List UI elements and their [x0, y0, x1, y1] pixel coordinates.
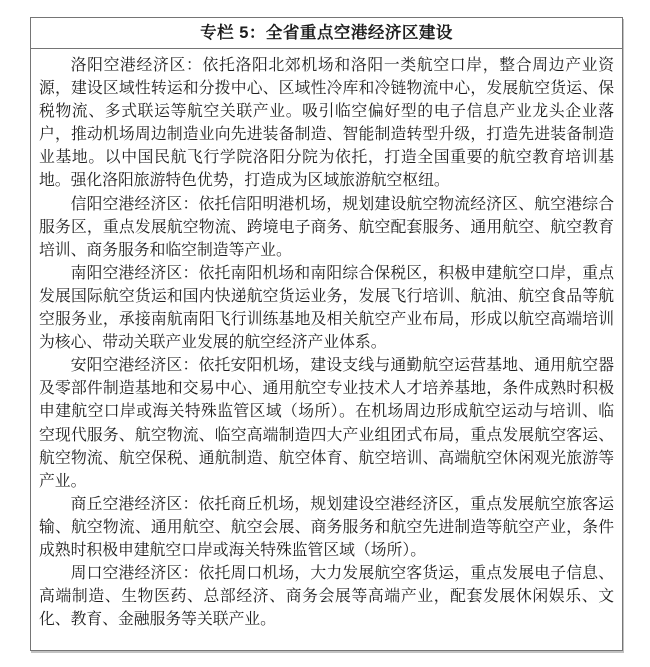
- paragraph-nanyang-airport-zone: 南阳空港经济区：依托南阳机场和南阳综合保税区，积极申建航空口岸，重点发展国际航空…: [39, 262, 614, 354]
- paragraph-shangqiu-airport-zone: 商丘空港经济区：依托商丘机场，规划建设空港经济区，重点发展航空旅客运输、航空物流…: [39, 493, 614, 562]
- paragraph-zhoukou-airport-zone: 周口空港经济区：依托周口机场，大力发展航空客货运，重点发展电子信息、高端制造、生…: [39, 562, 614, 631]
- column-5-panel: 专栏 5：全省重点空港经济区建设 洛阳空港经济区：依托洛阳北郊机场和洛阳一类航空…: [30, 17, 623, 651]
- paragraph-luoyang-airport-zone: 洛阳空港经济区：依托洛阳北郊机场和洛阳一类航空口岸，整合周边产业资源，建设区域性…: [39, 54, 614, 193]
- document-page: 专栏 5：全省重点空港经济区建设 洛阳空港经济区：依托洛阳北郊机场和洛阳一类航空…: [0, 0, 650, 667]
- panel-body: 洛阳空港经济区：依托洛阳北郊机场和洛阳一类航空口岸，整合周边产业资源，建设区域性…: [31, 49, 622, 631]
- paragraph-xinyang-airport-zone: 信阳空港经济区：依托信阳明港机场，规划建设航空物流经济区、航空港综合服务区，重点…: [39, 193, 614, 262]
- panel-title: 专栏 5：全省重点空港经济区建设: [31, 18, 622, 49]
- paragraph-anyang-airport-zone: 安阳空港经济区：依托安阳机场，建设支线与通勤航空运营基地、通用航空器及零部件制造…: [39, 354, 614, 493]
